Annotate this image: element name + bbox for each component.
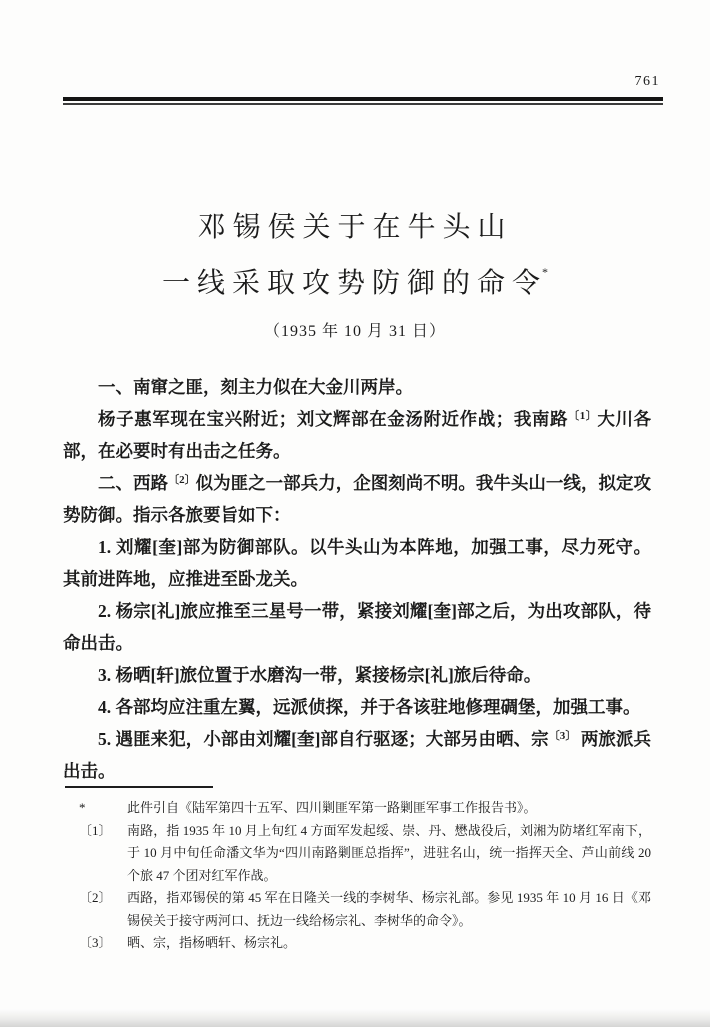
footnote-text: 此件引自《陆军第四十五军、四川剿匪军第一路剿匪军事工作报告书》。	[127, 797, 651, 820]
body-paragraph: 二、西路〔2〕似为匪之一部兵力，企图刻尚不明。我牛头山一线，拟定攻势防御。指示各…	[63, 467, 651, 531]
header-rule-thin	[63, 103, 663, 105]
date-line: （1935 年 10 月 31 日）	[0, 318, 710, 341]
title-line-1: 邓锡侯关于在牛头山	[0, 206, 710, 250]
body-paragraph: 4. 各部均应注重左翼，远派侦探，并于各该驻地修理碉堡，加强工事。	[63, 691, 651, 723]
header-rule-thick	[63, 97, 663, 101]
footnotes-section: * 此件引自《陆军第四十五军、四川剿匪军第一路剿匪军事工作报告书》。 〔1〕 南…	[65, 786, 651, 955]
footnote-item: 〔3〕 晒、宗，指杨晒轩、杨宗礼。	[65, 932, 651, 955]
footnote-marker: 〔1〕	[65, 820, 127, 888]
body-paragraph: 1. 刘耀[奎]部为防御部队。以牛头山为本阵地，加强工事，尽力死守。其前进阵地，…	[63, 531, 651, 595]
title-line-2: 一线采取攻势防御的命令*	[0, 250, 710, 306]
header-rule	[63, 97, 663, 105]
footnote-marker: 〔2〕	[65, 887, 127, 932]
body-paragraph: 5. 遇匪来犯，小部由刘耀[奎]部自行驱逐；大部另由晒、宗〔3〕 两旅派兵出击。	[63, 723, 651, 787]
footnote-marker: 〔3〕	[65, 932, 127, 955]
body-paragraph: 3. 杨晒[轩]旅位置于水磨沟一带，紧接杨宗[礼]旅后待命。	[63, 659, 651, 691]
body-paragraph: 一、南窜之匪，刻主力似在大金川两岸。	[63, 371, 651, 403]
footnote-separator-rule	[65, 786, 213, 788]
footnote-text: 晒、宗，指杨晒轩、杨宗礼。	[127, 932, 651, 955]
footnote-item: 〔2〕 西路，指邓锡侯的第 45 军在日隆关一线的李树华、杨宗礼部。参见 193…	[65, 887, 651, 932]
title-footnote-marker: *	[542, 265, 548, 279]
document-title: 邓锡侯关于在牛头山 一线采取攻势防御的命令*	[0, 206, 710, 306]
page-bottom-edge	[0, 1009, 710, 1027]
body-paragraph: 杨子惠军现在宝兴附近；刘文辉部在金汤附近作战；我南路〔1〕大川各部，在必要时有出…	[63, 403, 651, 467]
footnote-item: 〔1〕 南路，指 1935 年 10 月上旬红 4 方面军发起绥、崇、丹、懋战役…	[65, 820, 651, 888]
body-paragraph: 2. 杨宗[礼]旅应推至三星号一带，紧接刘耀[奎]部之后，为出攻部队，待命出击。	[63, 595, 651, 659]
footnote-text: 南路，指 1935 年 10 月上旬红 4 方面军发起绥、崇、丹、懋战役后，刘湘…	[127, 820, 651, 888]
document-page: 761 邓锡侯关于在牛头山 一线采取攻势防御的命令* （1935 年 10 月 …	[0, 0, 710, 1027]
footnote-text: 西路，指邓锡侯的第 45 军在日隆关一线的李树华、杨宗礼部。参见 1935 年 …	[127, 887, 651, 932]
page-number: 761	[635, 74, 661, 90]
title-line-2-text: 一线采取攻势防御的命令	[162, 268, 547, 299]
footnote-marker: *	[65, 797, 127, 820]
document-body: 一、南窜之匪，刻主力似在大金川两岸。 杨子惠军现在宝兴附近；刘文辉部在金汤附近作…	[63, 371, 651, 787]
footnote-item: * 此件引自《陆军第四十五军、四川剿匪军第一路剿匪军事工作报告书》。	[65, 797, 651, 820]
